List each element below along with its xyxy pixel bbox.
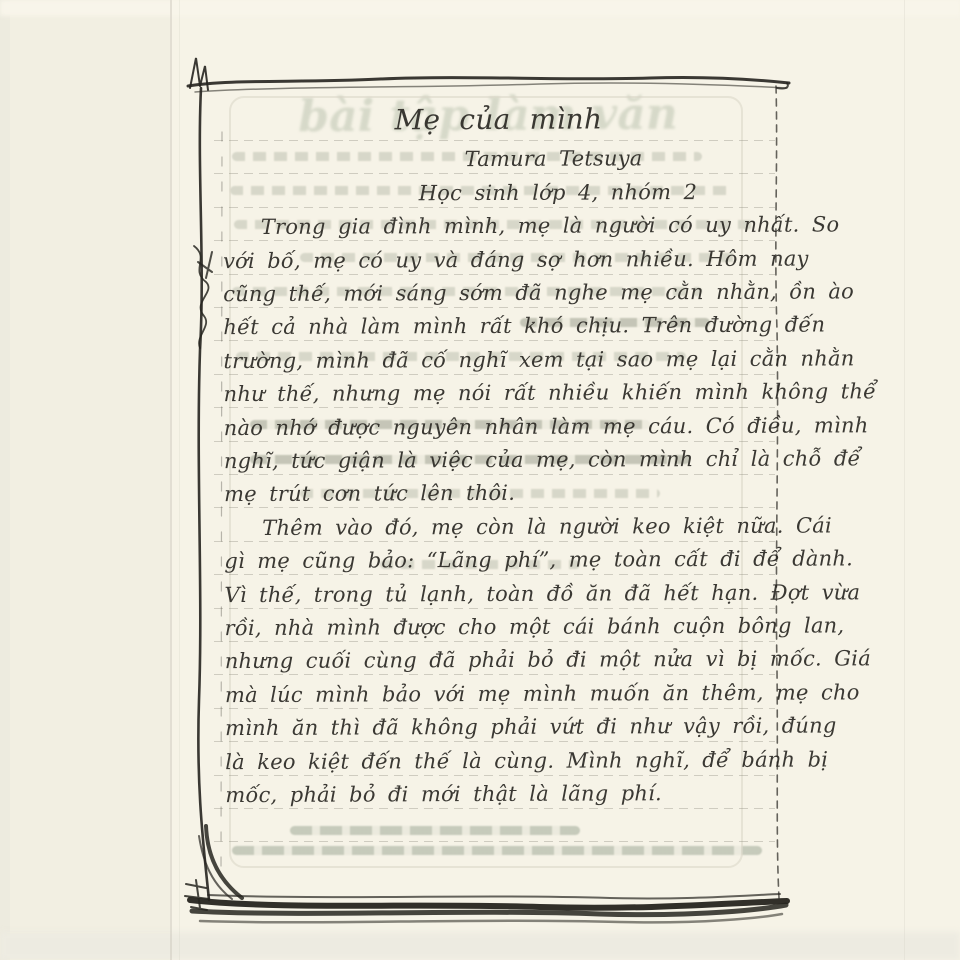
- handwritten-line: là keo kiệt đến thế là cùng. Mình nghĩ, …: [225, 746, 777, 775]
- handwritten-line: Mẹ của mình: [222, 105, 774, 134]
- handwritten-line: gì mẹ cũng bảo: “Lãng phí”, mẹ toàn cất …: [224, 546, 776, 575]
- handwritten-line: Học sinh lớp 4, nhóm 2: [223, 178, 960, 208]
- handwritten-line: mà lúc mình bảo với mẹ mình muốn ăn thêm…: [225, 680, 777, 709]
- handwritten-line: trường, mình đã cố nghĩ xem tại sao mẹ l…: [223, 346, 775, 375]
- handwritten-line: mẹ trút cơn tức lên thôi.: [224, 479, 776, 508]
- handwritten-line: Vì thế, trong tủ lạnh, toàn đồ ăn đã hết…: [224, 579, 776, 608]
- handwritten-line: Trong gia đình mình, mẹ là người có uy n…: [223, 212, 813, 242]
- handwritten-line: nghĩ, tức giận là việc của mẹ, còn mình …: [224, 446, 776, 475]
- handwritten-line: mình ăn thì đã không phải vứt đi như vậy…: [225, 713, 777, 742]
- handwritten-line: như thế, nhưng mẹ nói rất nhiều khiến mì…: [224, 379, 776, 408]
- handwritten-line: cũng thế, mới sáng sớm đã nghe mẹ cằn nh…: [223, 279, 775, 308]
- handwritten-line: hết cả nhà làm mình rất khó chịu. Trên đ…: [223, 312, 775, 341]
- notebook-page-photo: { "page": { "kind": "handwritten essay o…: [0, 0, 960, 960]
- handwritten-line: mốc, phải bỏ đi mới thật là lãng phí.: [225, 780, 777, 809]
- handwritten-line: Thêm vào đó, mẹ còn là người keo kiệt nữ…: [224, 512, 814, 542]
- handwritten-line: Tamura Tetsuya: [223, 144, 960, 174]
- handwritten-line: nhưng cuối cùng đã phải bỏ đi một nửa vì…: [225, 646, 777, 675]
- handwriting-lines: Mẹ của mìnhTamura TetsuyaHọc sinh lớp 4,…: [0, 0, 960, 960]
- handwritten-line: nào nhớ được nguyên nhân làm mẹ cáu. Có …: [224, 412, 776, 441]
- handwritten-line: rồi, nhà mình được cho một cái bánh cuộn…: [225, 613, 777, 642]
- handwritten-line: với bố, mẹ có uy và đáng sợ hơn nhiều. H…: [223, 245, 775, 274]
